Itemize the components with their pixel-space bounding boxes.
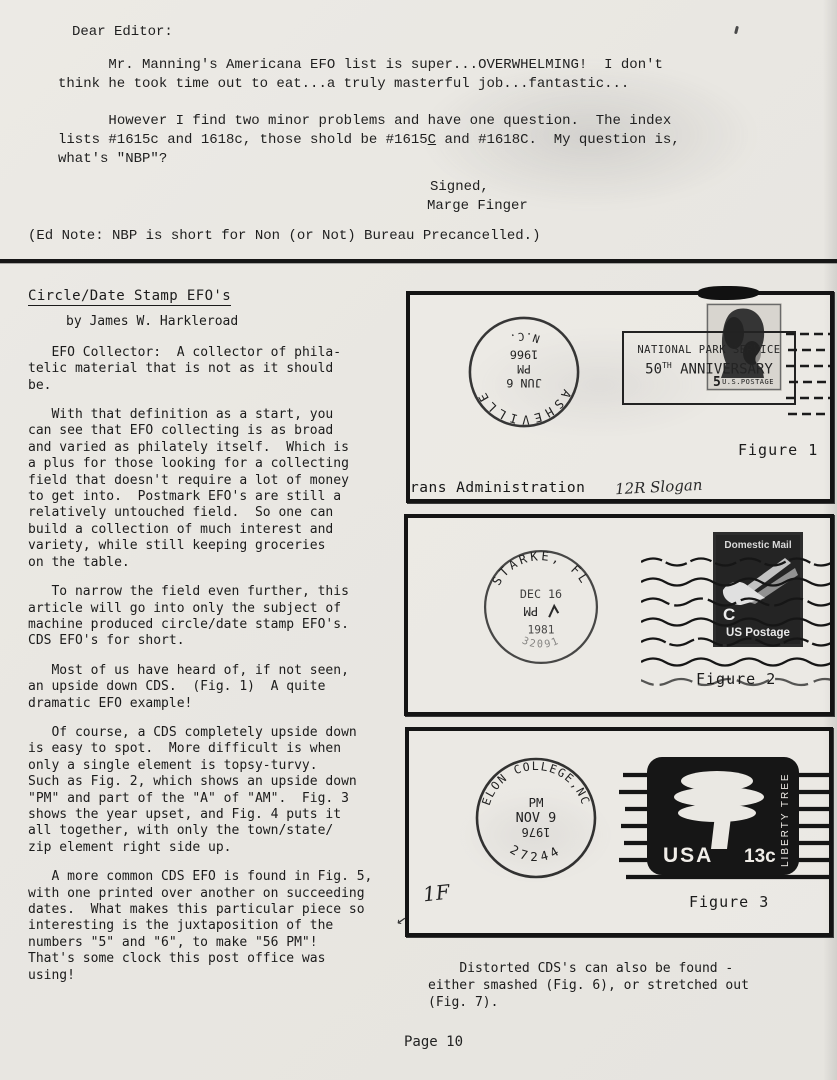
cds-time-upside-down: PM — [523, 604, 538, 618]
figure-3-label: Figure 3 — [689, 893, 769, 911]
slogan-line-1: NATIONAL PARK SERVICE — [624, 344, 794, 356]
scanned-newsletter-page: Dear Editor: Mr. Manning's Americana EFO… — [0, 0, 837, 1080]
figure-1-caption: rans Administration 12R Slogan — [410, 477, 702, 496]
cds-town-arc: STARKE, FL — [490, 549, 593, 588]
cds-year-upside-down: 1976 — [522, 825, 551, 839]
letter-p2-line2: lists #1615c and 1618c, those shold be #… — [58, 131, 798, 150]
slogan-50: 50 — [645, 362, 662, 378]
cds-date: JUN 6 — [506, 376, 542, 390]
postmark-elon-college-year-inverted: ELON COLLEGE,NC PM NOV 9 1976 27244 — [471, 753, 601, 883]
postmark-starke-pm-inverted: STARKE, FL DEC 16 PM 1981 32091 — [480, 546, 602, 668]
handwritten-arrow-mark: ↙ — [395, 908, 408, 928]
cds-year: 1966 — [510, 347, 538, 361]
figure-3-box: ELON COLLEGE,NC PM NOV 9 1976 27244 — [405, 727, 833, 937]
letter-p2-line2-post: and #1618C. My question is, — [436, 132, 680, 148]
postmark-icon: STARKE, FL DEC 16 PM 1981 32091 — [480, 546, 602, 668]
article-paragraph: Of course, a CDS completely upside down … — [28, 725, 400, 856]
wavy-lines-icon — [641, 554, 831, 694]
figure-1-box: ASHEVILLE N.C. JUN 6 PM 1966 5 U.S.POSTA… — [406, 291, 834, 503]
cds-time: PM — [517, 362, 531, 375]
svg-text:STARKE, FL: STARKE, FL — [490, 549, 593, 588]
killer-bars-icon — [786, 329, 830, 419]
letter-signed: Signed, — [430, 178, 528, 197]
article-column: Circle/Date Stamp EFO's by James W. Hark… — [28, 288, 400, 997]
cds-year: 1981 — [528, 623, 555, 636]
slogan-line-2: 50TH ANNIVERSARY — [624, 361, 794, 378]
article-paragraph: With that definition as a start, you can… — [28, 407, 400, 571]
killer-bars — [786, 329, 830, 423]
article-title: Circle/Date Stamp EFO's — [28, 288, 231, 306]
slogan-anniversary: ANNIVERSARY — [672, 362, 773, 378]
caption-handwritten-note: 12R Slogan — [615, 476, 703, 499]
postmark-icon: ELON COLLEGE,NC PM NOV 9 1976 27244 — [471, 753, 601, 883]
cds-time: PM — [528, 795, 543, 810]
letter-paragraph-1: Mr. Manning's Americana EFO list is supe… — [58, 56, 778, 94]
closing-paragraph: Distorted CDS's can also be found - eith… — [428, 960, 828, 1011]
cds-date: NOV 9 — [516, 810, 557, 826]
article-paragraph: EFO Collector: A collector of phila- tel… — [28, 345, 400, 394]
letter-signature-name: Marge Finger — [427, 197, 528, 216]
caption-typed-text: rans Administration — [410, 480, 585, 496]
tree-canopy-mid — [674, 787, 764, 807]
cds-state-arc: N.C. — [507, 329, 542, 345]
cds-date: DEC 16 — [520, 587, 562, 601]
liberty-tree-13c-stamp: USA 13c LIBERTY TREE — [647, 757, 799, 875]
stamp-top-text: Domestic Mail — [724, 540, 791, 551]
letter-p2-line2-pre: lists #1615c and 1618c, those shold be #… — [58, 132, 428, 148]
stamp-denomination: 13c — [744, 846, 776, 867]
figure-1-label: Figure 1 — [738, 441, 818, 459]
scan-speck — [734, 26, 739, 34]
postmark-asheville-upside-down: ASHEVILLE N.C. JUN 6 PM 1966 — [465, 313, 583, 431]
liberty-tree-icon: USA 13c LIBERTY TREE — [647, 757, 799, 875]
article-byline: by James W. Harkleroad — [28, 314, 400, 330]
article-paragraph: To narrow the field even further, this a… — [28, 584, 400, 650]
figure-2-box: STARKE, FL DEC 16 PM 1981 32091 Domestic… — [404, 514, 834, 716]
page-number: Page 10 — [404, 1034, 463, 1050]
letter-salutation: Dear Editor: — [72, 24, 173, 40]
svg-text:32091: 32091 — [520, 635, 562, 650]
svg-text:27244: 27244 — [508, 842, 565, 864]
svg-text:N.C.: N.C. — [507, 329, 542, 345]
letter-p2-underlined-c: C — [428, 132, 436, 148]
letter-paragraph-2: However I find two minor problems and ha… — [58, 112, 798, 169]
cds-zip-arc: 32091 — [520, 635, 562, 650]
letter-p2-line3: what's "NBP"? — [58, 150, 798, 169]
stamp-country: USA — [663, 844, 713, 867]
cds-zip-arc: 27244 — [508, 842, 565, 864]
wavy-cancel-lines — [641, 554, 831, 698]
handwritten-1f-note: 1F — [422, 880, 451, 907]
letter-p2-line1: However I find two minor problems and ha… — [58, 112, 798, 131]
partial-a-mark — [549, 606, 558, 617]
section-divider-rule — [0, 259, 837, 263]
article-paragraph: A more common CDS EFO is found in Fig. 5… — [28, 869, 400, 984]
slogan-cancel-box: NATIONAL PARK SERVICE 50TH ANNIVERSARY — [622, 331, 796, 405]
editor-note: (Ed Note: NBP is short for Non (or Not) … — [28, 228, 540, 244]
scan-ink-blob — [698, 286, 760, 300]
letter-signature-block: Signed, Marge Finger — [430, 178, 528, 216]
postmark-icon: ASHEVILLE N.C. JUN 6 PM 1966 — [465, 313, 583, 431]
svg-text:ASHEVILLE: ASHEVILLE — [474, 387, 574, 426]
cds-town-arc: ASHEVILLE — [474, 387, 574, 426]
slogan-th: TH — [662, 361, 672, 370]
stamp-side-text: LIBERTY TREE — [780, 772, 791, 867]
article-paragraph: Most of us have heard of, if not seen, a… — [28, 663, 400, 712]
